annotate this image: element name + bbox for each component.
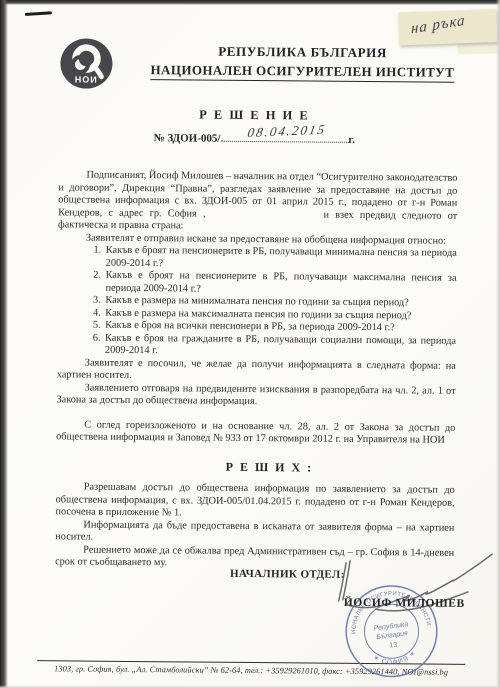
- dotted-leader: 08.04.2015: [220, 130, 348, 143]
- logo-caption: НОИ: [75, 74, 98, 84]
- paragraph-compliance: Заявлението отговаря на предвидените изи…: [56, 382, 455, 410]
- document-content: на ръка НОИ РЕПУБЛИКА БЪЛГАРИЯ НАЦИОНАЛЕ…: [0, 0, 500, 688]
- paragraph-intro: Подписаният, Йосиф Милошев – началник на…: [58, 169, 458, 235]
- paragraph-resolution-1: Разрешавам достъп до обществена информац…: [55, 481, 454, 522]
- decision-number-prefix: № ЗДОИ-005/: [154, 132, 221, 145]
- stamp-center-line2: България: [376, 630, 409, 641]
- decision-heading: Р Е Ш Е Н И Е: [2, 106, 500, 125]
- stamp-center-line3: 13: [389, 642, 398, 650]
- scanned-document-page: на ръка НОИ РЕПУБЛИКА БЪЛГАРИЯ НАЦИОНАЛЕ…: [0, 0, 500, 688]
- document-body: Подписаният, Йосиф Милошев – началник на…: [55, 169, 457, 572]
- handwritten-date: 08.04.2015: [225, 121, 348, 142]
- scan-edge-top: [0, 0, 500, 5]
- request-list: Какъв е броят на пенсионерите в РБ, полу…: [57, 244, 457, 360]
- request-list-item: Какъв е броят на пенсионерите в РБ, полу…: [103, 270, 456, 298]
- scan-edge-right: [496, 0, 500, 688]
- signatory-name: ЙОСИФ МИЛОШЕВ: [344, 597, 465, 610]
- sticky-note: на ръка: [398, 9, 497, 45]
- decision-number-suffix: г.: [348, 134, 355, 146]
- scan-edge-left: [0, 0, 8, 688]
- request-list-item: Какъв е броя на гражданите в РБ, получав…: [103, 332, 456, 360]
- decision-number-line: № ЗДОИ-005/08.04.2015г.: [2, 128, 500, 147]
- paragraph-grounds: С оглед гореизложеното и на основание чл…: [56, 419, 455, 447]
- request-list-item: Какъв е броят на пенсионерите в РБ, полу…: [104, 245, 457, 273]
- letterhead: РЕПУБЛИКА БЪЛГАРИЯ НАЦИОНАЛЕН ОСИГУРИТЕЛ…: [142, 43, 462, 83]
- handwritten-note: на ръка: [411, 13, 466, 39]
- resolution-heading: Р Е Ш И Х :: [56, 459, 455, 475]
- pen-dash-mark: [25, 11, 52, 16]
- noi-logo-icon: НОИ: [58, 36, 114, 90]
- paragraph-form: Заявителят е посочил, че желае да получи…: [57, 357, 456, 385]
- redacted-address-gap: [205, 216, 323, 217]
- institute-title: НАЦИОНАЛЕН ОСИГУРИТЕЛЕН ИНСТИТУТ: [150, 62, 454, 83]
